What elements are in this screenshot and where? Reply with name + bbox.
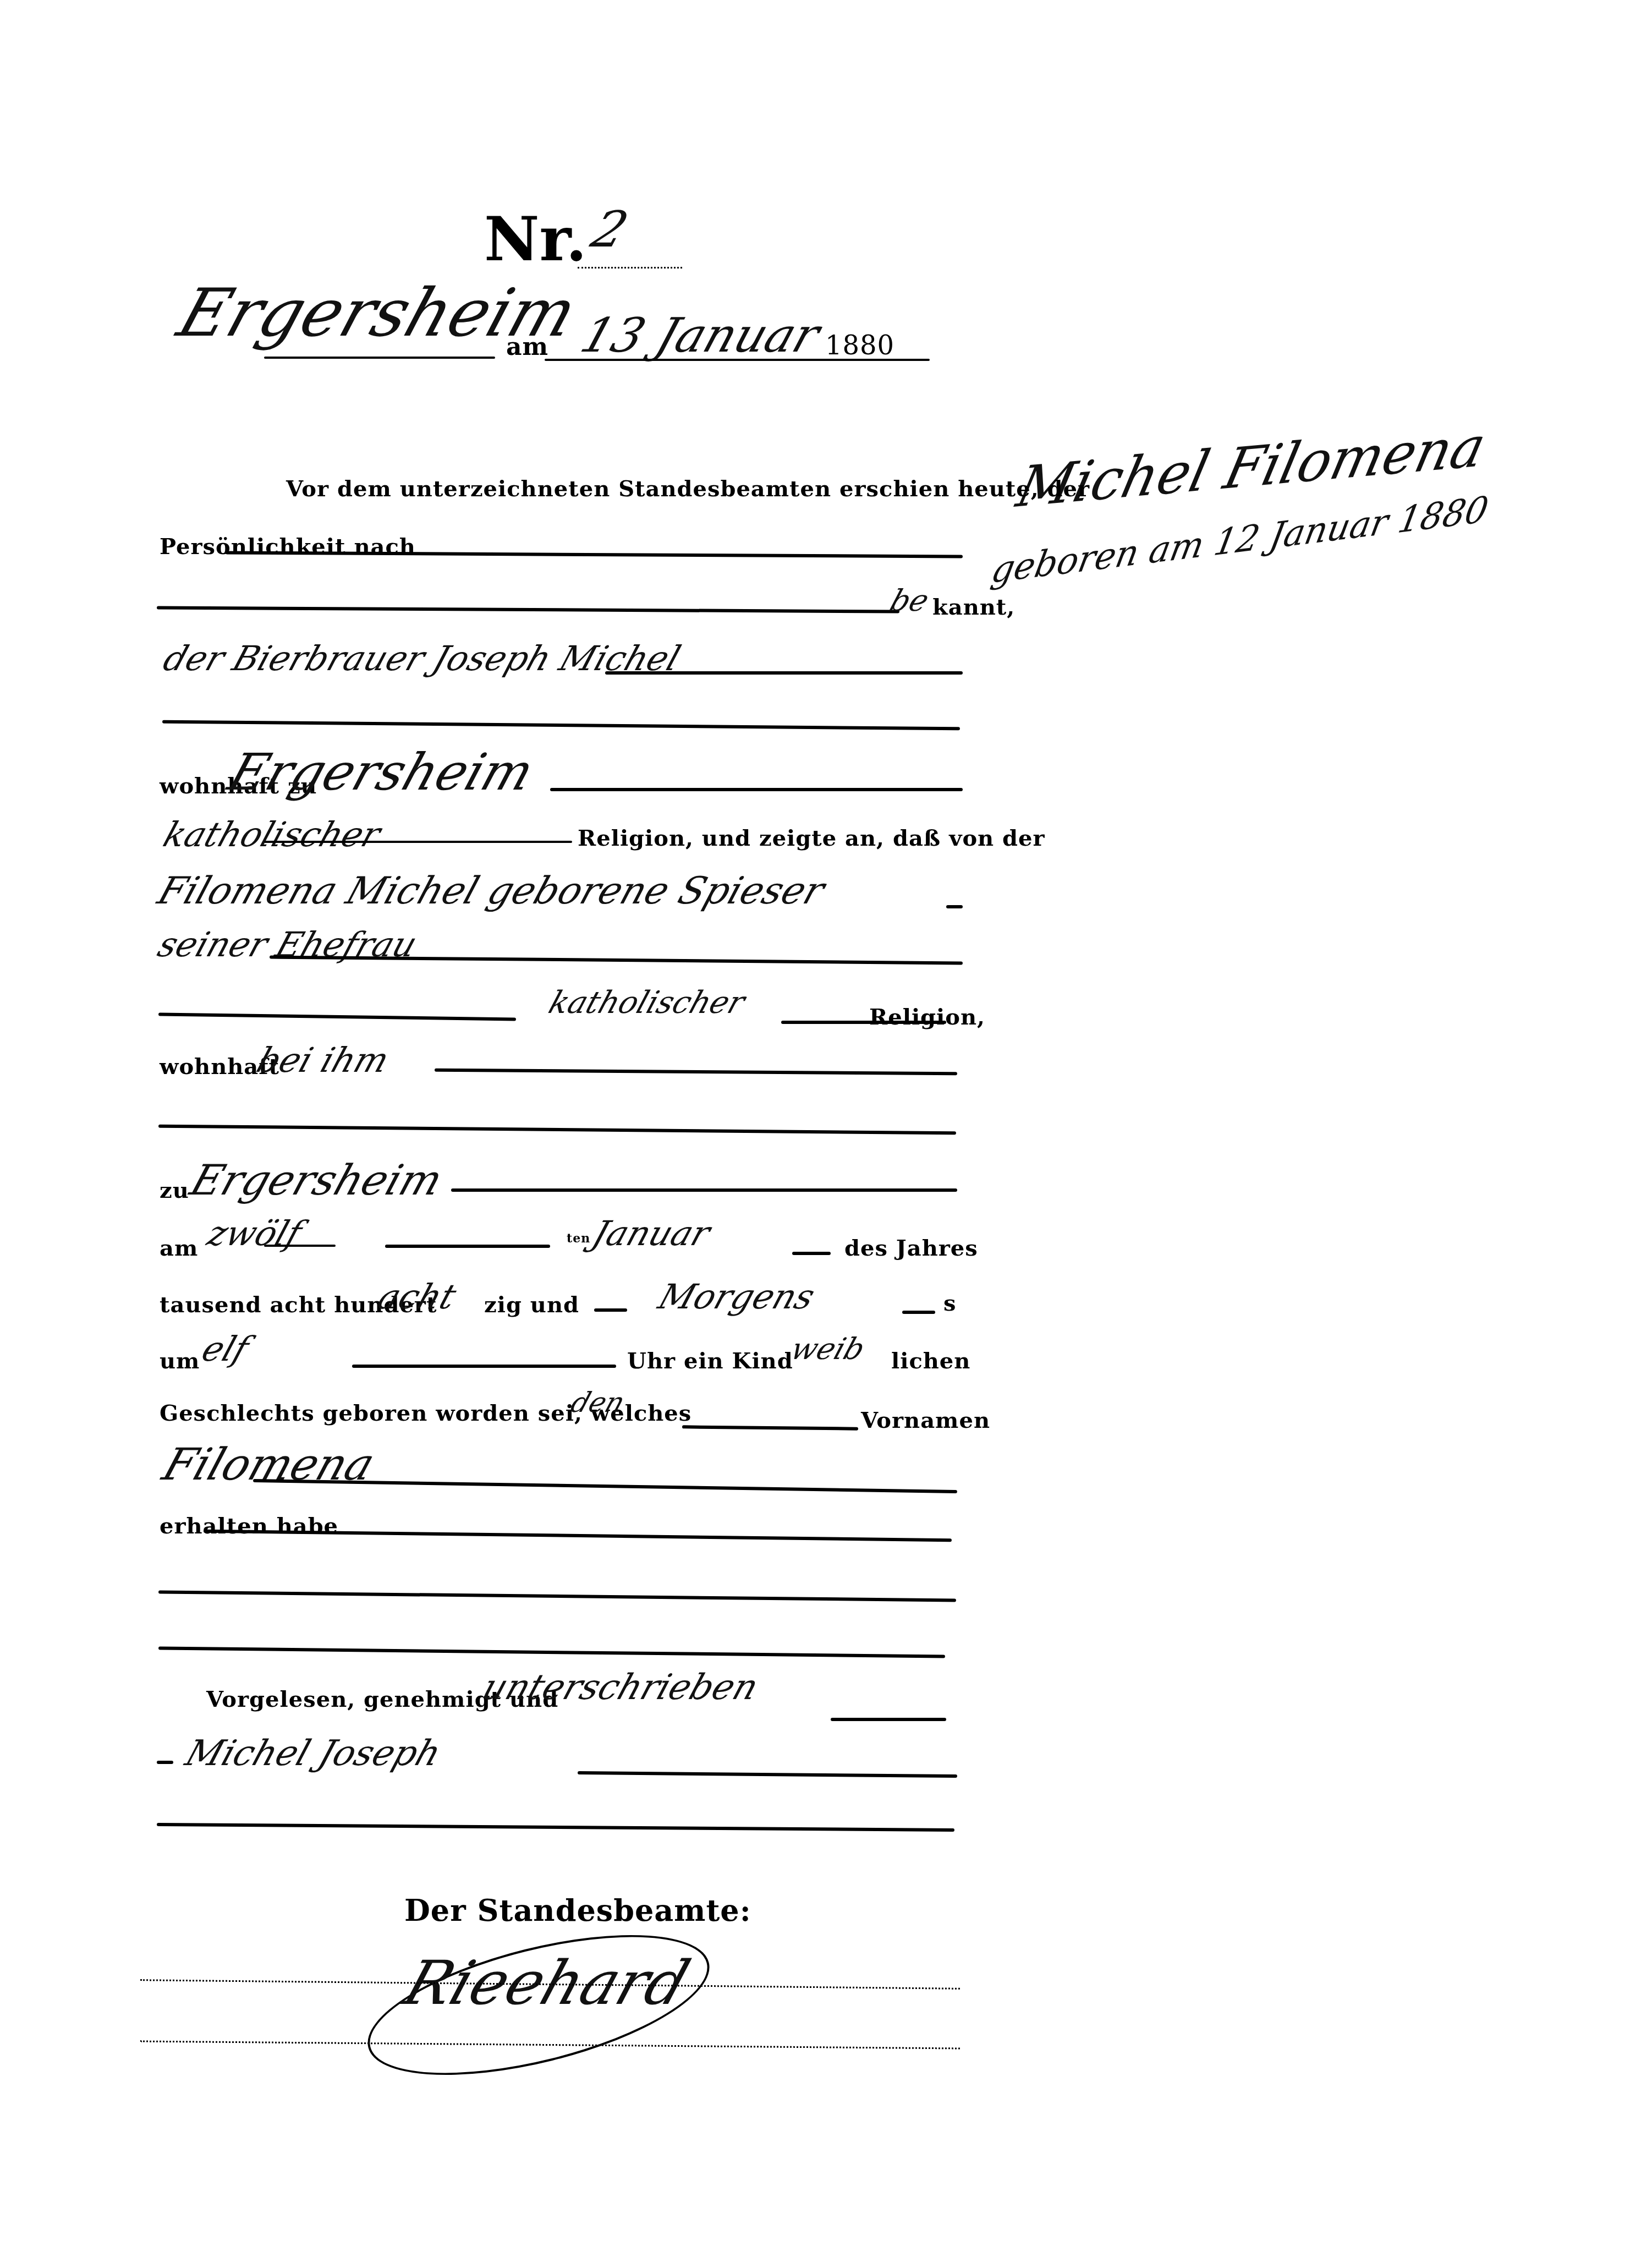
birth-place-line <box>451 1188 957 1192</box>
informant-line <box>605 671 963 675</box>
birth-month-line <box>792 1252 831 1255</box>
informant-signature: Michel Joseph <box>180 1733 446 1774</box>
zig-line <box>594 1308 627 1312</box>
received-label: erhalten habe <box>160 1513 338 1539</box>
header-rule-2 <box>545 359 930 361</box>
blank-line-1 <box>162 720 960 731</box>
birth-month: Januar <box>588 1213 715 1253</box>
registration-day-month: 13 Januar <box>574 308 826 363</box>
record-number-value: 2 <box>585 201 635 259</box>
hour-line <box>352 1365 616 1368</box>
mother-residence-line <box>435 1069 957 1076</box>
decade-value: acht <box>373 1277 461 1317</box>
religion-father-line <box>264 841 572 843</box>
signature-line-right <box>578 1771 957 1778</box>
birth-day: zwölf <box>202 1213 307 1253</box>
blank-line-4 <box>158 1647 945 1658</box>
signature-line-left <box>157 1761 173 1764</box>
religion-mother: katholischer <box>544 985 749 1021</box>
date-prefix: am <box>506 333 548 361</box>
article-value: den <box>567 1387 629 1418</box>
birth-day-line <box>385 1245 550 1248</box>
residence-value: Ergersheim <box>222 743 541 802</box>
registration-year: 1880 <box>825 330 894 361</box>
header-rule <box>264 357 495 359</box>
time-of-day: Morgens <box>654 1277 820 1317</box>
time-of-day-line <box>902 1311 935 1314</box>
known-suffix: kannt, <box>932 594 1015 620</box>
s-suffix: s <box>943 1290 957 1316</box>
zig-label: zig und <box>484 1292 579 1318</box>
birth-day-line-a <box>264 1245 336 1247</box>
hour-value: elf <box>197 1329 254 1369</box>
mother-residence-value: bei ihm <box>252 1040 394 1080</box>
given-name-line-top <box>682 1425 858 1430</box>
record-number-label: Nr. <box>484 204 587 275</box>
given-names-label: Vornamen <box>861 1407 990 1433</box>
birth-place: Ergersheim <box>185 1155 449 1204</box>
birth-day-label: am <box>160 1235 198 1261</box>
residence-line <box>550 788 963 791</box>
ten-suffix: ten <box>567 1231 590 1246</box>
blank-line-2 <box>158 1125 956 1135</box>
identity-label: Persönlichkeit nach <box>160 534 416 560</box>
blank-line-5 <box>157 1823 954 1832</box>
blank-line-3 <box>158 1590 956 1602</box>
hour-label: um <box>160 1348 200 1374</box>
mother-line <box>946 905 963 908</box>
child-label: Uhr ein Kind <box>627 1348 793 1374</box>
read-approved-line <box>831 1718 946 1721</box>
intro-text: Vor dem unterzeichneten Standesbeamten e… <box>286 476 1090 502</box>
year-label: des Jahres <box>844 1235 978 1261</box>
record-number-dotted-line <box>578 267 682 269</box>
place-label: zu <box>160 1177 189 1203</box>
mother-name: Filomena Michel geborene Spieser <box>152 869 830 913</box>
known-line <box>157 606 899 613</box>
religion-father-label: Religion, und zeigte an, daß von der <box>578 825 1045 851</box>
read-approved-value: unterschrieben <box>478 1667 764 1708</box>
sex-value: weib <box>787 1332 870 1366</box>
lichen-suffix: lichen <box>891 1348 970 1374</box>
registrar-title: Der Standesbeamte: <box>404 1893 751 1928</box>
known-prefix: be <box>886 583 934 618</box>
religion-father: katholischer <box>158 814 386 854</box>
religion-mother-line-left <box>158 1012 516 1021</box>
religion-mother-label: Religion, <box>869 1004 985 1030</box>
